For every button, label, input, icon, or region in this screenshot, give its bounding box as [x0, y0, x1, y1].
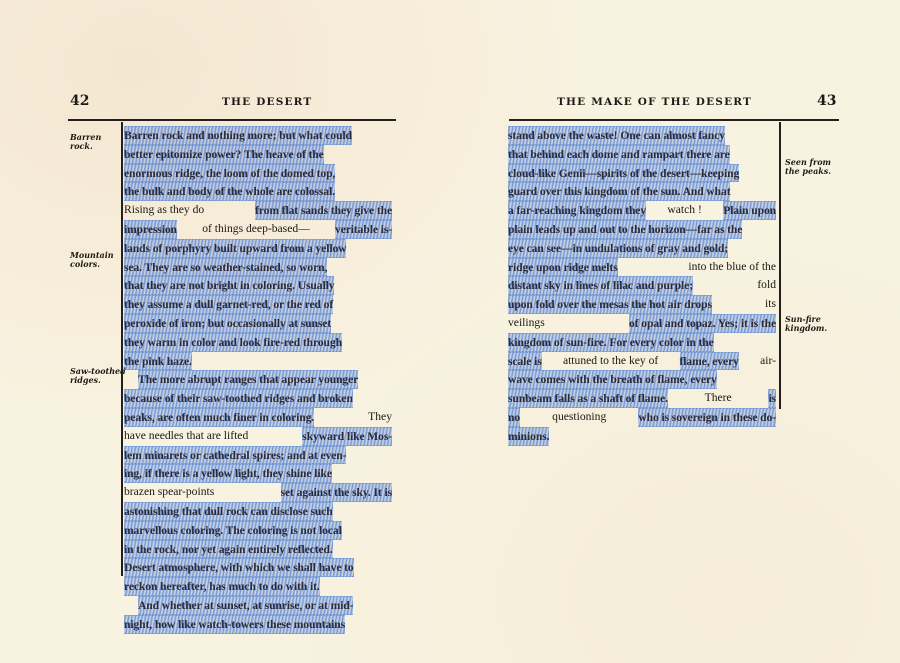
- text-column: Barren rock and nothing more; but what c…: [124, 126, 396, 634]
- highlighted-text: Desert atmosphere, with which we shall h…: [124, 558, 354, 577]
- text-line: guard over this kingdom of the sun. And …: [508, 182, 780, 201]
- highlighted-text: that they are not bright in coloring. Us…: [124, 276, 334, 295]
- highlighted-text: skyward like Mos-: [302, 427, 392, 446]
- highlighted-text: wave comes with the breath of flame, eve…: [508, 370, 717, 389]
- text-segment: watch !: [667, 201, 701, 220]
- text-line: sunbeam falls as a shaft of flame.Therei…: [508, 389, 780, 408]
- text-line: sea. They are so weather-stained, so wor…: [124, 258, 396, 277]
- text-line: noquestioningwho is sovereign in these d…: [508, 408, 780, 427]
- header-rule: [509, 119, 839, 121]
- highlighted-text: reckon hereafter, has much to do with it…: [124, 577, 320, 596]
- text-line: stand above the waste! One can almost fa…: [508, 126, 780, 145]
- text-segment: attuned to the key of: [563, 352, 658, 371]
- text-line: veilingsof opal and topaz. Yes; it is th…: [508, 314, 780, 333]
- highlighted-text: ing, if there is a yellow light, they sh…: [124, 464, 332, 483]
- text-segment: air-: [760, 352, 776, 371]
- text-line: that they are not bright in coloring. Us…: [124, 276, 396, 295]
- text-line: cloud-like Genii—spirits of the desert—k…: [508, 164, 780, 183]
- highlighted-text: The more abrupt ranges that appear young…: [138, 370, 358, 389]
- header-rule: [68, 119, 396, 121]
- text-line: they assume a dull garnet-red, or the re…: [124, 295, 396, 314]
- highlighted-text: who is sovereign in these do-: [638, 408, 776, 427]
- text-line: marvellous coloring. The coloring is not…: [124, 521, 396, 540]
- highlighted-text: And whether at sunset, at sunrise, or at…: [138, 596, 353, 615]
- highlighted-text: they assume a dull garnet-red, or the re…: [124, 295, 333, 314]
- running-head: THE MAKE OF THE DESERT: [557, 96, 752, 108]
- highlighted-text: lem minarets or cathedral spires; and at…: [124, 446, 346, 465]
- highlighted-text: of opal and topaz. Yes; it is the: [629, 314, 776, 333]
- text-line: peroxide of iron; but occasionally at su…: [124, 314, 396, 333]
- text-segment: Rising as they do: [124, 201, 204, 220]
- highlighted-text: impression: [124, 220, 177, 239]
- page-number: 42: [70, 93, 89, 109]
- highlighted-text: lands of porphyry built upward from a ye…: [124, 239, 346, 258]
- text-segment: have needles that are lifted: [124, 427, 248, 446]
- marginal-note-line: the peaks.: [785, 167, 831, 176]
- text-line: peaks, are often much finer in coloring.…: [124, 408, 396, 427]
- text-segment: into the blue of the: [688, 258, 776, 277]
- highlighted-text: scale is: [508, 352, 542, 371]
- highlighted-text: night, how like watch-towers these mount…: [124, 615, 345, 634]
- highlighted-text: distant sky in lines of lilac and purple…: [508, 276, 693, 295]
- text-line: have needles that are liftedskyward like…: [124, 427, 396, 446]
- highlighted-text: guard over this kingdom of the sun. And …: [508, 182, 730, 201]
- text-column: stand above the waste! One can almost fa…: [508, 126, 780, 446]
- text-segment: They: [368, 408, 392, 427]
- highlighted-text: set against the sky. It is: [281, 483, 392, 502]
- highlighted-text: astonishing that dull rock can disclose …: [124, 502, 333, 521]
- highlighted-text: because of their saw-toothed ridges and …: [124, 389, 353, 408]
- text-line: ing, if there is a yellow light, they sh…: [124, 464, 396, 483]
- highlighted-text: Plain upon: [723, 201, 776, 220]
- text-segment: brazen spear-points: [124, 483, 214, 502]
- marginal-note: Seen fromthe peaks.: [785, 158, 831, 176]
- highlighted-text: stand above the waste! One can almost fa…: [508, 126, 725, 145]
- text-line: kingdom of sun-fire. For every color in …: [508, 333, 780, 352]
- highlighted-text: sea. They are so weather-stained, so wor…: [124, 258, 327, 277]
- highlighted-text: in the rock, nor yet again entirely refl…: [124, 540, 333, 559]
- text-segment: of things deep-based—: [202, 220, 310, 239]
- highlighted-text: marvellous coloring. The coloring is not…: [124, 521, 342, 540]
- highlighted-text: Barren rock and nothing more; but what c…: [124, 126, 352, 145]
- text-line: the bulk and body of the whole are colos…: [124, 182, 396, 201]
- text-line: distant sky in lines of lilac and purple…: [508, 276, 780, 295]
- highlighted-text: better epitomize power? The heave of the: [124, 145, 324, 164]
- text-line: better epitomize power? The heave of the: [124, 145, 396, 164]
- text-line: And whether at sunset, at sunrise, or at…: [124, 596, 396, 615]
- marginal-note-line: colors.: [70, 260, 114, 269]
- highlighted-text: peaks, are often much finer in coloring.: [124, 408, 314, 427]
- text-line: plain leads up and out to the horizon—fa…: [508, 220, 780, 239]
- highlighted-text: the bulk and body of the whole are colos…: [124, 182, 335, 201]
- left-page: 42 THE DESERT Barrenrock.Mountaincolors.…: [0, 0, 450, 663]
- marginal-note: Saw-toothedridges.: [70, 367, 126, 385]
- text-line: reckon hereafter, has much to do with it…: [124, 577, 396, 596]
- marginal-note-line: rock.: [70, 142, 101, 151]
- text-line: that behind each dome and rampart there …: [508, 145, 780, 164]
- text-line: lands of porphyry built upward from a ye…: [124, 239, 396, 258]
- highlighted-text: cloud-like Genii—spirits of the desert—k…: [508, 164, 739, 183]
- text-line: wave comes with the breath of flame, eve…: [508, 370, 780, 389]
- text-line: the pink haze.: [124, 352, 396, 371]
- highlighted-text: that behind each dome and rampart there …: [508, 145, 730, 164]
- text-segment: veilings: [508, 314, 545, 333]
- marginal-note-line: kingdom.: [785, 324, 827, 333]
- text-segment: its: [765, 295, 776, 314]
- text-segment: There: [705, 389, 732, 408]
- highlighted-text: no: [508, 408, 520, 427]
- highlighted-text: the pink haze.: [124, 352, 192, 371]
- text-line: astonishing that dull rock can disclose …: [124, 502, 396, 521]
- text-line: ridge upon ridge meltsinto the blue of t…: [508, 258, 780, 277]
- highlighted-text: a far-reaching kingdom they: [508, 201, 646, 220]
- margin-rule: [121, 122, 123, 576]
- highlighted-text: eye can see—in undulations of gray and g…: [508, 239, 728, 258]
- highlighted-text: plain leads up and out to the horizon—fa…: [508, 220, 742, 239]
- highlighted-text: from flat sands they give the: [255, 201, 392, 220]
- text-line: brazen spear-pointsset against the sky. …: [124, 483, 396, 502]
- marginal-note: Sun-firekingdom.: [785, 315, 827, 333]
- text-line: Barren rock and nothing more; but what c…: [124, 126, 396, 145]
- highlighted-text: minions.: [508, 427, 549, 446]
- highlighted-text: sunbeam falls as a shaft of flame.: [508, 389, 668, 408]
- text-line: eye can see—in undulations of gray and g…: [508, 239, 780, 258]
- highlighted-text: they warm in color and look fire-red thr…: [124, 333, 342, 352]
- marginal-note: Barrenrock.: [70, 133, 101, 151]
- text-line: scale isattuned to the key offlame, ever…: [508, 352, 780, 371]
- text-segment: questioning: [552, 408, 606, 427]
- text-line: Desert atmosphere, with which we shall h…: [124, 558, 396, 577]
- text-line: enormous ridge, the loom of the domed to…: [124, 164, 396, 183]
- text-line: in the rock, nor yet again entirely refl…: [124, 540, 396, 559]
- highlighted-text: is: [768, 389, 776, 408]
- highlighted-text: veritable is-: [335, 220, 392, 239]
- text-line: night, how like watch-towers these mount…: [124, 615, 396, 634]
- marginal-note-line: ridges.: [70, 376, 126, 385]
- highlighted-text: enormous ridge, the loom of the domed to…: [124, 164, 335, 183]
- text-segment: fold: [757, 276, 776, 295]
- text-line: they warm in color and look fire-red thr…: [124, 333, 396, 352]
- text-line: because of their saw-toothed ridges and …: [124, 389, 396, 408]
- text-line: impressionof things deep-based—veritable…: [124, 220, 396, 239]
- highlighted-text: upon fold over the mesas the hot air dro…: [508, 295, 712, 314]
- text-line: lem minarets or cathedral spires; and at…: [124, 446, 396, 465]
- page-number: 43: [817, 93, 836, 109]
- text-line: Rising as they dofrom flat sands they gi…: [124, 201, 396, 220]
- highlighted-text: kingdom of sun-fire. For every color in …: [508, 333, 714, 352]
- text-line: a far-reaching kingdom theywatch !Plain …: [508, 201, 780, 220]
- right-page: THE MAKE OF THE DESERT 43 Seen fromthe p…: [450, 0, 900, 663]
- highlighted-text: flame, every: [680, 352, 739, 371]
- text-line: upon fold over the mesas the hot air dro…: [508, 295, 780, 314]
- highlighted-text: peroxide of iron; but occasionally at su…: [124, 314, 331, 333]
- text-line: The more abrupt ranges that appear young…: [124, 370, 396, 389]
- text-line: minions.: [508, 427, 780, 446]
- running-head: THE DESERT: [222, 96, 312, 108]
- highlighted-text: ridge upon ridge melts: [508, 258, 618, 277]
- marginal-note: Mountaincolors.: [70, 251, 114, 269]
